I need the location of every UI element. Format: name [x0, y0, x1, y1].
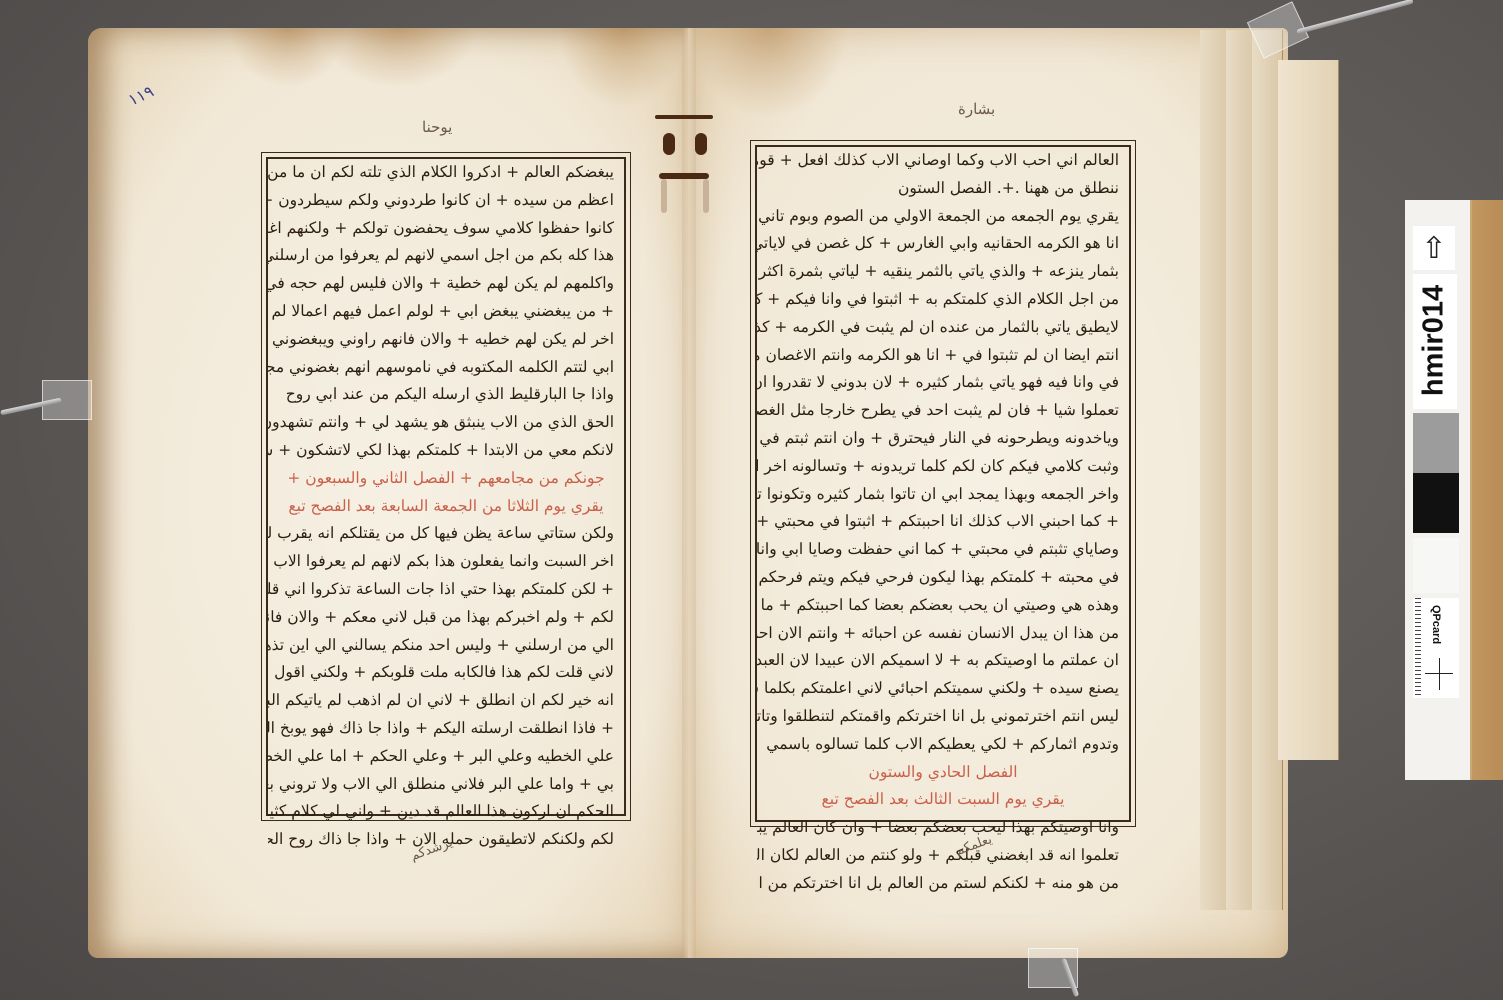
text-line: الحكم ان اركون هذا العالم قد دين + واني …: [268, 798, 624, 826]
rubric-line: الفصل الحادي والستون: [757, 759, 1129, 787]
text-line: تعلموا انه قد ابغضني قبلكم + ولو كنتم من…: [757, 842, 1129, 870]
card-backing: [1465, 200, 1503, 780]
text-line: انه خير لكم ان انطلق + لاني ان لم اذهب ل…: [268, 687, 624, 715]
text-line: واكلمهم لم يكن لهم خطية + والان فليس لهم…: [268, 270, 624, 298]
text-line: ان عملتم ما اوصيتكم به + لا اسميكم الان …: [757, 647, 1129, 675]
left-running-title: يوحنا: [422, 118, 452, 136]
text-line: ولكن ستاتي ساعة يظن فيها كل من يقتلكم ان…: [268, 520, 624, 548]
gray-swatch: [1413, 413, 1459, 473]
white-swatch: [1413, 538, 1459, 593]
text-line: الحق الذي من الاب ينبثق هو يشهد لي + وان…: [268, 409, 624, 437]
right-running-title: بشارة: [958, 100, 995, 118]
text-line: بثمار ينزعه + والذي ياتي بالثمر ينقيه + …: [757, 258, 1129, 286]
rubric-line: يقري يوم الثلاثا من الجمعة السابعة بعد ا…: [268, 493, 624, 521]
rubric-line: يقري يوم السبت الثالث بعد الفصح تبع: [757, 786, 1129, 814]
shelfmark-label: hmir014: [1413, 274, 1457, 409]
color-target-card: ⇧ hmir014 QPcard: [1405, 200, 1470, 780]
text-line: اخر السبت وانما يفعلون هذا بكم لانهم لم …: [268, 548, 624, 576]
text-line: من هذا ان يبدل الانسان نفسه عن احبائه + …: [757, 620, 1129, 648]
text-line: اعظم من سيده + ان كانوا طردوني ولكم سيطر…: [268, 187, 624, 215]
water-stain: [318, 28, 478, 88]
text-line: وصاياي تثبتم في محبتي + كما اني حفظت وصا…: [757, 536, 1129, 564]
text-line: ننطلق من ههنا .+. الفصل الستون: [757, 175, 1129, 203]
text-line: + من يبغضني يبغض ابي + لولم اعمل فيهم اع…: [268, 298, 624, 326]
text-line: وهذه هي وصيتي ان يحب بعضكم بعضا كما احبب…: [757, 592, 1129, 620]
text-line: تعملوا شيا + فان لم يثبت احد في يطرح خار…: [757, 397, 1129, 425]
text-line: العالم اني احب الاب وكما اوصاني الاب كذل…: [757, 147, 1129, 175]
left-text-block: يبغضكم العالم + ادكروا الكلام الذي تلته …: [266, 157, 626, 816]
up-arrow-icon: ⇧: [1413, 226, 1455, 270]
text-line: انتم ايضا ان لم تثبتوا في + انا هو الكرم…: [757, 342, 1129, 370]
scale-ruler: QPcard: [1413, 598, 1459, 698]
text-line: وانا اوصيتكم بهذا ليحب بعضكم بعضا + وان …: [757, 814, 1129, 842]
text-line: + لكن كلمتكم بهذا حتي اذا جات الساعة تذك…: [268, 576, 624, 604]
text-line: + فاذا انطلقت ارسلته اليكم + واذا جا ذاك…: [268, 715, 624, 743]
text-line: علي الخطيه وعلي البر + وعلي الحكم + اما …: [268, 743, 624, 771]
text-line: بي + واما علي البر فلاني منطلق الي الاب …: [268, 771, 624, 799]
text-line: وتدوم اثماركم + لكي يعطيكم الاب كلما تسا…: [757, 731, 1129, 759]
rubric-line: جونكم من مجامعهم + الفصل الثاني والسبعون…: [268, 465, 624, 493]
binding-holes: [655, 55, 715, 285]
text-line: الي من ارسلني + وليس احد منكم يسالني الي…: [268, 632, 624, 660]
text-line: اخر لم يكن لهم خطيه + والان فانهم راوني …: [268, 326, 624, 354]
text-line: من هو منه + لكنكم لستم من العالم بل انا …: [757, 870, 1129, 898]
text-line: كانوا حفظوا كلامي سوف يحفضون تولكم + ولك…: [268, 215, 624, 243]
text-line: من اجل الكلام الذي كلمتكم به + اثبتوا في…: [757, 286, 1129, 314]
text-line: هذا كله بكم من اجل اسمي لانهم لم يعرفوا …: [268, 242, 624, 270]
text-line: ليس انتم اخترتموني بل انا اخترتكم واقمتك…: [757, 703, 1129, 731]
text-line: في محبته + كلمتكم بهذا ليكون فرحي فيكم و…: [757, 564, 1129, 592]
right-text-block: العالم اني احب الاب وكما اوصاني الاب كذل…: [755, 145, 1131, 822]
text-line: وياخدونه ويطرحونه في النار فيحترق + وان …: [757, 425, 1129, 453]
text-line: لكم + ولم اخبركم بهذا من قبل لاني معكم +…: [268, 604, 624, 632]
text-line: يبغضكم العالم + ادكروا الكلام الذي تلته …: [268, 159, 624, 187]
text-line: + كما احبني الاب كذلك انا احببتكم + اثبت…: [757, 508, 1129, 536]
text-line: يصنع سيده + ولكني سميتكم احبائي لاني اعل…: [757, 675, 1129, 703]
text-line: انا هو الكرمه الحقانيه وابي الغارس + كل …: [757, 230, 1129, 258]
text-line: لانكم معي من الابتدا + كلمتكم بهذا لكي ل…: [268, 437, 624, 465]
text-line: لايطيق ياتي بالثمار من عنده ان لم يثبت ف…: [757, 314, 1129, 342]
text-line: يقري يوم الجمعه من الجمعة الاولي من الصو…: [757, 203, 1129, 231]
text-line: وثبت كلامي فيكم كان لكم كلما تريدونه + و…: [757, 453, 1129, 481]
text-line: في وانا فيه فهو ياتي بثمار كثيره + لان ب…: [757, 369, 1129, 397]
text-line: لاني قلت لكم هذا فالكابه ملت قلوبكم + ول…: [268, 659, 624, 687]
black-swatch: [1413, 473, 1459, 533]
text-line: واذا جا البارقليط الذي ارسله اليكم من عن…: [268, 381, 624, 409]
text-line: واخر الجمعه وبهذا يمجد ابي ان تاتوا بثما…: [757, 481, 1129, 509]
text-line: ابي لتتم الكلمه المكتوبه في ناموسهم انهم…: [268, 354, 624, 382]
